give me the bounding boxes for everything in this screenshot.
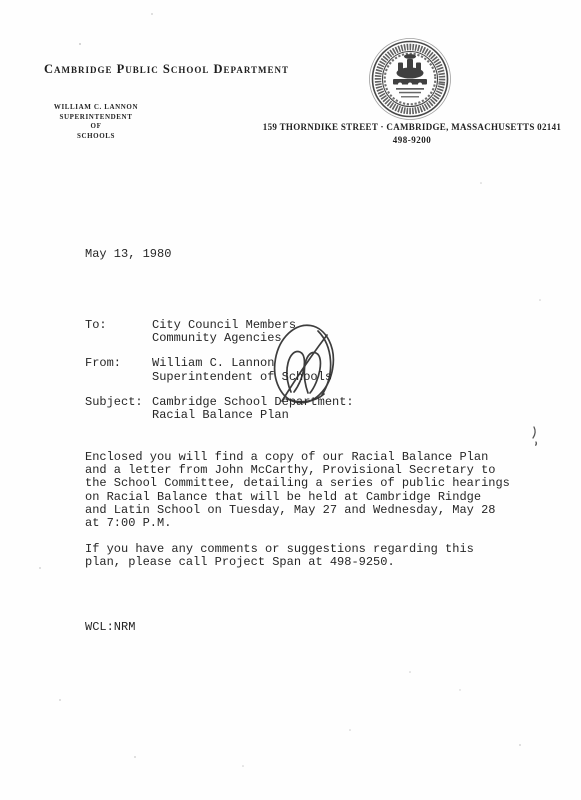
stray-ink-mark [533, 427, 536, 445]
field-subject: Subject: Cambridge School Department: Ra… [85, 396, 354, 422]
reference-initials: WCL:NRM [85, 621, 135, 634]
official-name: WILLIAM C. LANNON [46, 103, 146, 113]
official-block: WILLIAM C. LANNON SUPERINTENDENT OF SCHO… [46, 103, 146, 141]
field-to: To: City Council Members Community Agenc… [85, 319, 354, 345]
field-to-label: To: [85, 319, 152, 345]
phone-number: 498-9200 [256, 134, 568, 147]
date-line: May 13, 1980 [85, 248, 171, 261]
field-subject-label: Subject: [85, 396, 152, 422]
street-address: 159 THORNDIKE STREET · CAMBRIDGE, MASSAC… [256, 121, 568, 134]
field-from-label: From: [85, 357, 152, 383]
field-from-value: William C. Lannon Superintendent of Scho… [152, 357, 332, 383]
address-block: 159 THORNDIKE STREET · CAMBRIDGE, MASSAC… [256, 121, 568, 147]
field-from: From: William C. Lannon Superintendent o… [85, 357, 354, 383]
field-subject-value: Cambridge School Department: Racial Bala… [152, 396, 354, 422]
city-of-cambridge-seal-icon [367, 36, 453, 122]
memo-fields: To: City Council Members Community Agenc… [85, 319, 354, 434]
letter-body: Enclosed you will find a copy of our Rac… [85, 451, 530, 583]
body-paragraph: If you have any comments or suggestions … [85, 543, 530, 569]
scanned-letter-page: Cambridge Public School Department WILLI… [0, 0, 581, 800]
department-title: Cambridge Public School Department [44, 62, 289, 77]
official-title: SUPERINTENDENT OF SCHOOLS [46, 113, 146, 142]
body-paragraph: Enclosed you will find a copy of our Rac… [85, 451, 530, 530]
field-to-value: City Council Members Community Agencies [152, 319, 296, 345]
